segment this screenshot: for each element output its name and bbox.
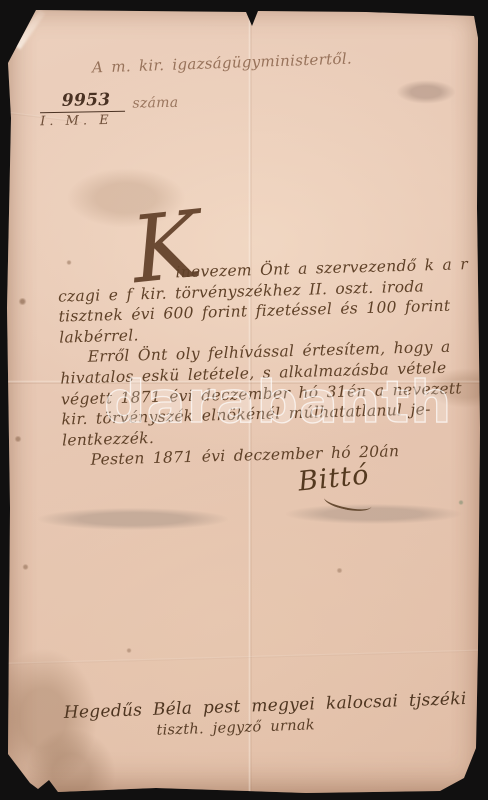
issuer-header: A m. kir. igazságügyministertől. xyxy=(92,49,352,76)
letter-body: inevezem Önt a szervezendő k a r czagi e… xyxy=(57,254,463,471)
document-sheet: A m. kir. igazságügyministertől. 9953szá… xyxy=(6,8,482,794)
reference-number: 9953 xyxy=(40,90,125,113)
photo-backdrop: A m. kir. igazságügyministertől. 9953szá… xyxy=(0,0,488,800)
addressee-block: Hegedűs Béla pest megyei kalocsai tjszék… xyxy=(63,689,467,742)
reference-office-initials: I. M. E xyxy=(40,112,179,129)
reference-block: 9953száma I. M. E xyxy=(40,89,179,129)
reference-suffix: száma xyxy=(132,95,178,112)
folded-corner-highlight xyxy=(15,9,46,49)
bottom-fold-crease xyxy=(0,649,488,665)
